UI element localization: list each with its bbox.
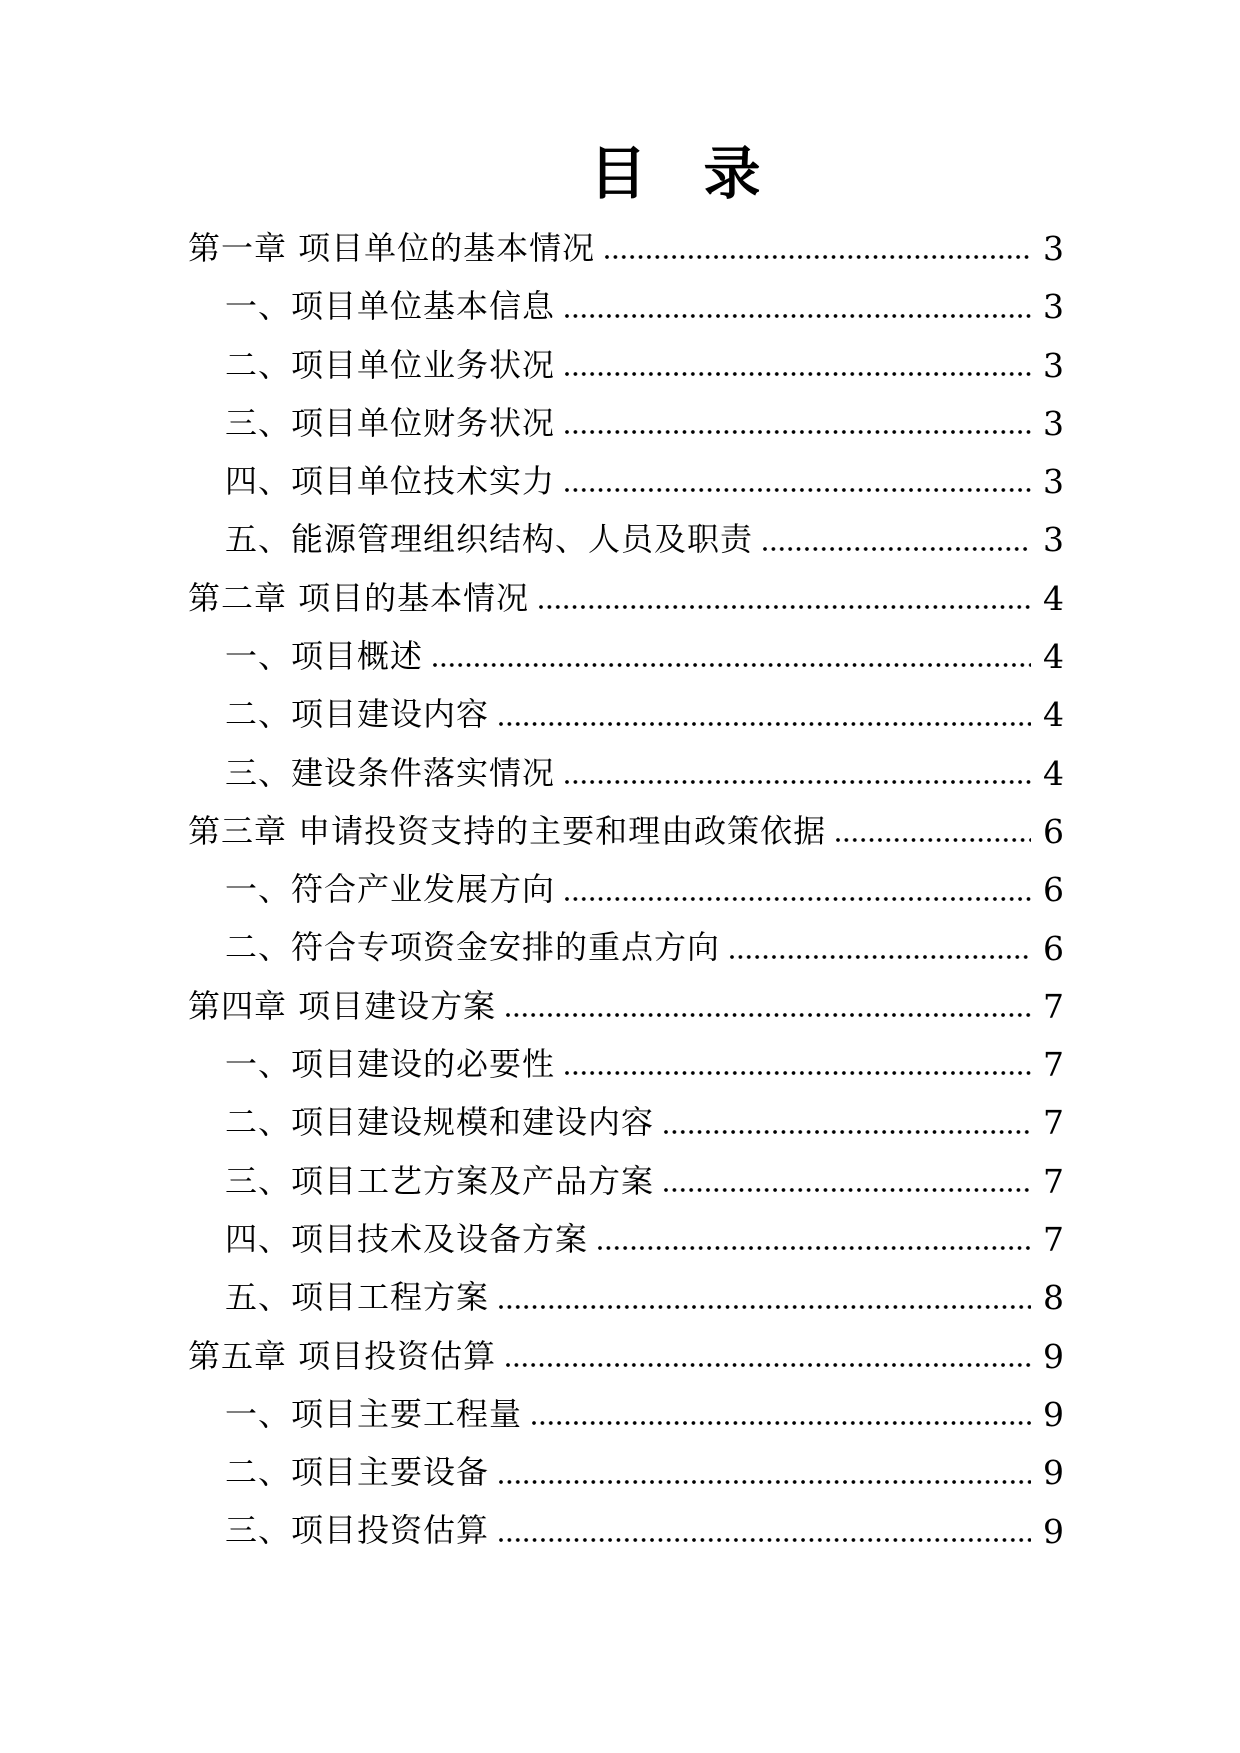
- dot-leader: [836, 838, 1031, 842]
- toc-entry: 一、项目建设的必要性 7: [188, 1031, 1064, 1089]
- toc-entry-page: 7: [1043, 989, 1064, 1025]
- toc-entry-page: 7: [1043, 1164, 1064, 1200]
- toc-entry-page: 3: [1043, 289, 1064, 325]
- dot-leader: [506, 1013, 1031, 1017]
- toc-entry-page: 9: [1043, 1514, 1064, 1550]
- toc-entry: 第一章 项目单位的基本情况 3: [188, 215, 1064, 273]
- toc-entry: 二、项目单位业务状况 3: [188, 332, 1064, 390]
- toc-entry-label: 一、符合产业发展方向: [225, 870, 555, 908]
- dot-leader: [565, 488, 1031, 492]
- toc-entry-label: 一、项目主要工程量: [225, 1395, 522, 1433]
- toc-entry-label: 四、项目技术及设备方案: [225, 1220, 588, 1258]
- toc-entry-page: 3: [1043, 348, 1064, 384]
- toc-entry-page: 7: [1043, 1047, 1064, 1083]
- toc-entry-label: 五、能源管理组织结构、人员及职责: [225, 520, 753, 558]
- toc-entry: 五、能源管理组织结构、人员及职责 3: [188, 506, 1064, 564]
- page-title: 目 录: [0, 0, 1240, 203]
- toc-entry-page: 3: [1043, 231, 1064, 267]
- toc-entry-page: 7: [1043, 1222, 1064, 1258]
- toc-entry: 第四章 项目建设方案 7: [188, 973, 1064, 1031]
- toc-entry-page: 3: [1043, 464, 1064, 500]
- toc-entry-label: 一、项目建设的必要性: [225, 1045, 555, 1083]
- dot-leader: [730, 955, 1031, 959]
- toc-entry: 一、符合产业发展方向 6: [188, 856, 1064, 914]
- dot-leader: [565, 897, 1031, 901]
- toc-entry: 四、项目技术及设备方案 7: [188, 1206, 1064, 1264]
- dot-leader: [499, 1480, 1031, 1484]
- toc-entry: 四、项目单位技术实力 3: [188, 448, 1064, 506]
- toc-entry-label: 二、项目主要设备: [225, 1453, 489, 1491]
- toc-entry: 第五章 项目投资估算 9: [188, 1323, 1064, 1381]
- toc-entry-page: 9: [1043, 1397, 1064, 1433]
- toc-entry-label: 三、建设条件落实情况: [225, 754, 555, 792]
- toc-entry-label: 二、符合专项资金安排的重点方向: [225, 928, 720, 966]
- toc-entry: 三、项目工艺方案及产品方案 7: [188, 1148, 1064, 1206]
- dot-leader: [565, 372, 1031, 376]
- toc-entry: 二、项目建设内容 4: [188, 681, 1064, 739]
- toc-entry: 二、项目建设规模和建设内容 7: [188, 1089, 1064, 1147]
- toc-entry-label: 三、项目投资估算: [225, 1511, 489, 1549]
- toc-entry-label: 三、项目单位财务状况: [225, 404, 555, 442]
- page-title-text: 目 录: [590, 141, 761, 207]
- toc-entry: 二、符合专项资金安排的重点方向 6: [188, 915, 1064, 973]
- document-page: 目 录 第一章 项目单位的基本情况 3 一、项目单位基本信息 3 二、项目单位业…: [0, 0, 1240, 1753]
- toc-entry-page: 8: [1043, 1280, 1064, 1316]
- toc-entry-page: 3: [1043, 406, 1064, 442]
- toc-entry: 第二章 项目的基本情况 4: [188, 565, 1064, 623]
- toc-entry-page: 4: [1043, 639, 1064, 675]
- toc-entry-page: 9: [1043, 1339, 1064, 1375]
- toc-entry-label: 五、项目工程方案: [225, 1278, 489, 1316]
- toc-entry-page: 3: [1043, 522, 1064, 558]
- toc-entry-page: 4: [1043, 697, 1064, 733]
- toc-list: 第一章 项目单位的基本情况 3 一、项目单位基本信息 3 二、项目单位业务状况 …: [0, 215, 1240, 1556]
- toc-entry: 三、项目投资估算 9: [188, 1498, 1064, 1556]
- toc-entry-label: 一、项目单位基本信息: [225, 287, 555, 325]
- toc-entry-label: 四、项目单位技术实力: [225, 462, 555, 500]
- dot-leader: [664, 1130, 1031, 1134]
- toc-entry: 三、建设条件落实情况 4: [188, 740, 1064, 798]
- toc-entry: 第三章 申请投资支持的主要和理由政策依据 6: [188, 798, 1064, 856]
- toc-entry-label: 三、项目工艺方案及产品方案: [225, 1162, 654, 1200]
- toc-entry-label: 第一章 项目单位的基本情况: [188, 229, 595, 267]
- toc-entry-label: 二、项目建设规模和建设内容: [225, 1103, 654, 1141]
- toc-entry: 一、项目主要工程量 9: [188, 1381, 1064, 1439]
- toc-entry-page: 4: [1043, 581, 1064, 617]
- toc-entry-page: 4: [1043, 756, 1064, 792]
- dot-leader: [539, 605, 1031, 609]
- toc-entry-label: 一、项目概述: [225, 637, 423, 675]
- toc-entry-page: 6: [1043, 931, 1064, 967]
- toc-entry: 二、项目主要设备 9: [188, 1439, 1064, 1497]
- toc-entry-label: 二、项目单位业务状况: [225, 346, 555, 384]
- toc-entry-label: 第三章 申请投资支持的主要和理由政策依据: [188, 812, 826, 850]
- dot-leader: [565, 780, 1031, 784]
- dot-leader: [499, 1538, 1031, 1542]
- dot-leader: [506, 1363, 1031, 1367]
- dot-leader: [605, 255, 1031, 259]
- toc-entry-page: 7: [1043, 1105, 1064, 1141]
- dot-leader: [532, 1421, 1031, 1425]
- toc-entry-label: 二、项目建设内容: [225, 695, 489, 733]
- dot-leader: [499, 1305, 1031, 1309]
- dot-leader: [763, 547, 1031, 551]
- dot-leader: [499, 722, 1031, 726]
- dot-leader: [433, 663, 1031, 667]
- dot-leader: [598, 1246, 1031, 1250]
- toc-entry: 五、项目工程方案 8: [188, 1264, 1064, 1322]
- toc-entry-page: 6: [1043, 814, 1064, 850]
- toc-entry: 三、项目单位财务状况 3: [188, 390, 1064, 448]
- dot-leader: [565, 1071, 1031, 1075]
- dot-leader: [664, 1188, 1031, 1192]
- toc-entry: 一、项目单位基本信息 3: [188, 273, 1064, 331]
- dot-leader: [565, 314, 1031, 318]
- toc-entry-page: 9: [1043, 1455, 1064, 1491]
- toc-entry-page: 6: [1043, 872, 1064, 908]
- toc-entry-label: 第二章 项目的基本情况: [188, 579, 529, 617]
- dot-leader: [565, 430, 1031, 434]
- toc-entry: 一、项目概述 4: [188, 623, 1064, 681]
- toc-entry-label: 第四章 项目建设方案: [188, 987, 496, 1025]
- toc-entry-label: 第五章 项目投资估算: [188, 1337, 496, 1375]
